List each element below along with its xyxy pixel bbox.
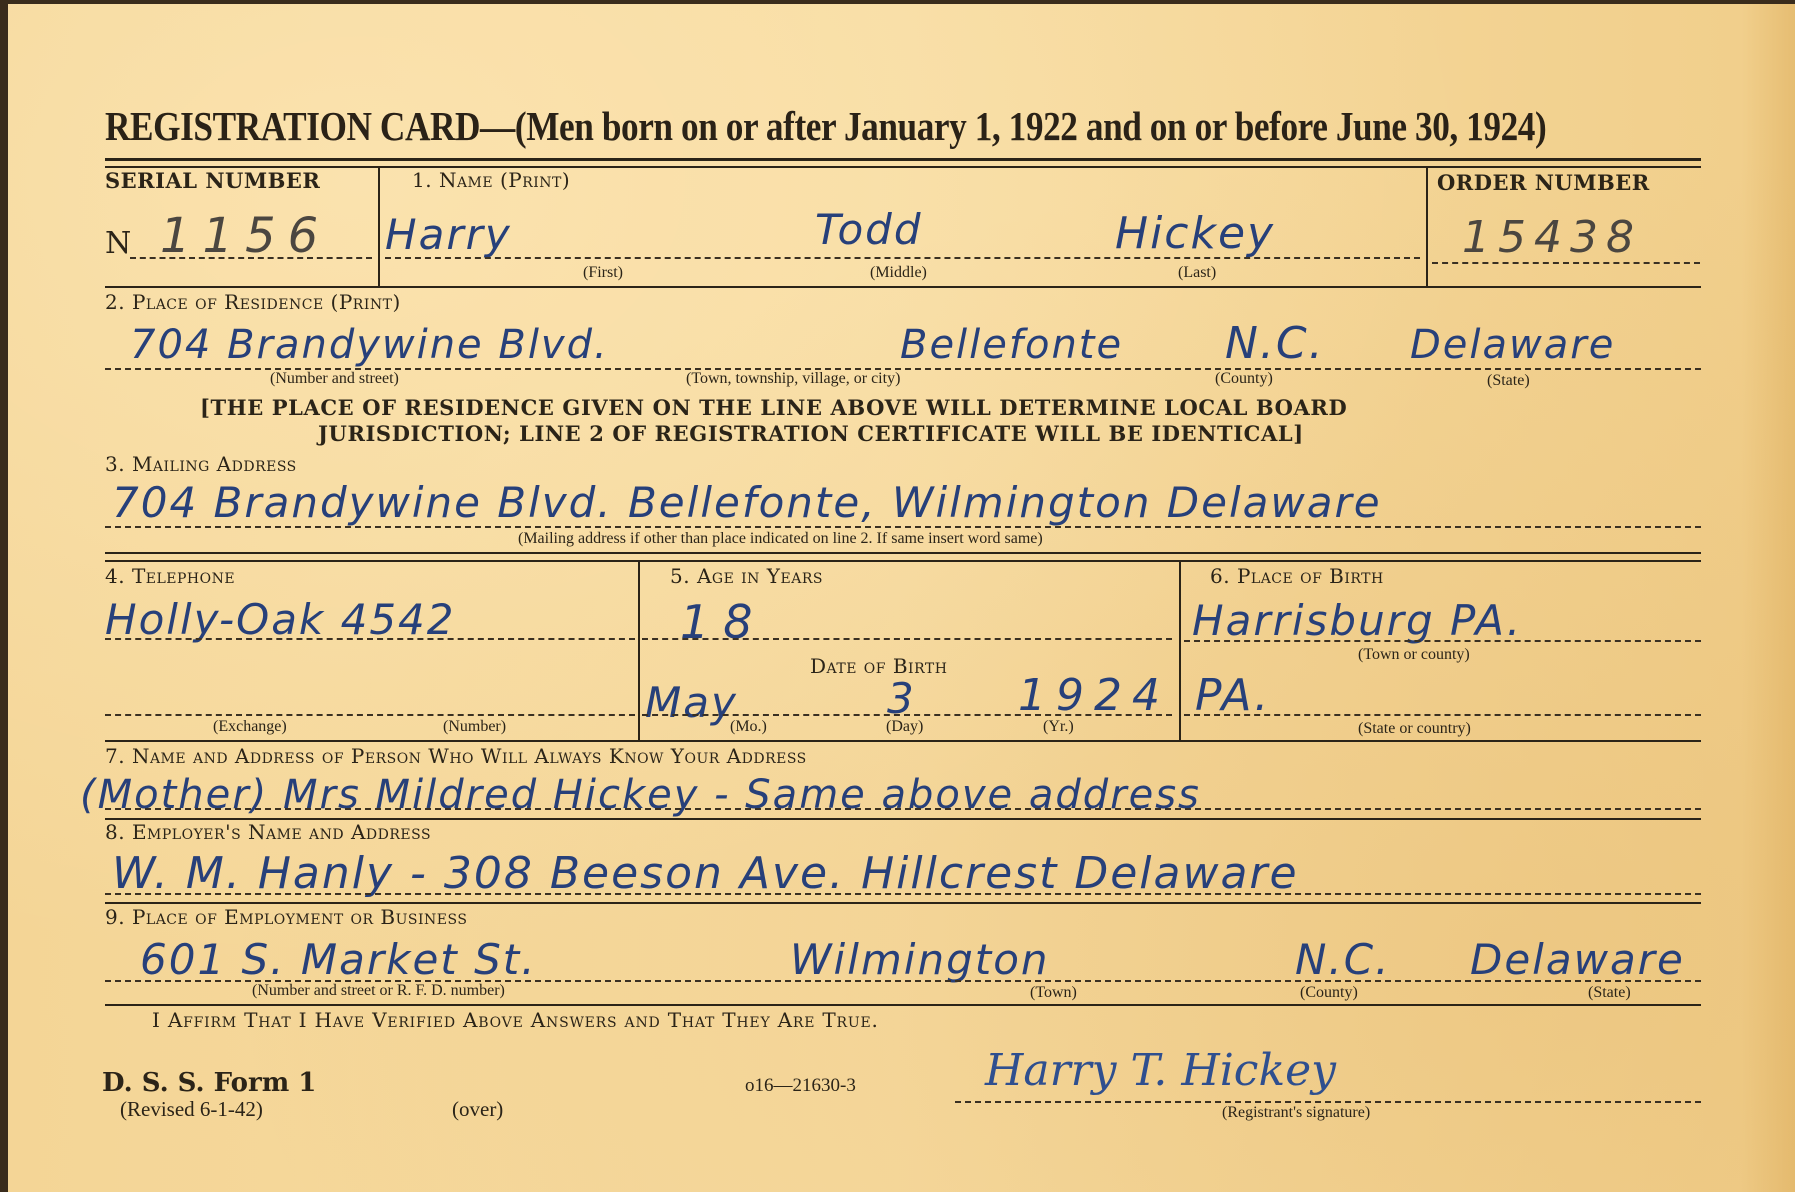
registrant-signature: Harry T. Hickey (985, 1045, 1336, 1096)
form-revised: (Revised 6-1-42) (120, 1097, 263, 1122)
employer-rule (105, 902, 1701, 904)
employment-state: Delaware (1470, 935, 1685, 984)
employment-town-sublabel: (Town) (1030, 984, 1077, 1002)
residence-street: 704 Brandywine Blvd. (130, 322, 609, 368)
birthplace-label: 6. Place of Birth (1210, 564, 1384, 588)
name-first: Harry (385, 210, 512, 259)
title-rule-top (105, 158, 1701, 161)
scan-edge-left (0, 0, 8, 1192)
dob-year-sublabel: (Yr.) (1043, 718, 1074, 736)
registration-card: REGISTRATION CARD—(Men born on or after … (0, 0, 1795, 1192)
serial-line (130, 257, 372, 259)
mailing-hint: (Mailing address if other than place ind… (518, 530, 1043, 548)
employer-value: W. M. Hanly - 308 Beeson Ave. Hillcrest … (112, 848, 1299, 899)
employment-rule (105, 1004, 1701, 1006)
dob-label: Date of Birth (810, 654, 947, 678)
telephone-exchange-sublabel: (Exchange) (213, 718, 287, 736)
telephone-label: 4. Telephone (105, 564, 235, 588)
employment-county: N.C. (1295, 935, 1390, 984)
scan-edge-top (0, 0, 1795, 4)
residence-town: Bellefonte (900, 322, 1123, 368)
mailing-value: 704 Brandywine Blvd. Bellefonte, Wilming… (112, 478, 1382, 527)
mailing-rule-top (105, 552, 1701, 554)
birthplace-town-sublabel: (Town or county) (1358, 646, 1470, 664)
birthplace-town: Harrisburg PA. (1192, 596, 1522, 645)
card-title: REGISTRATION CARD—(Men born on or after … (105, 102, 1546, 150)
telephone-value: Holly-Oak 4542 (105, 595, 456, 644)
mailing-rule-bottom (105, 560, 1701, 562)
dob-month-sublabel: (Mo.) (730, 718, 767, 736)
employment-town: Wilmington (790, 935, 1050, 984)
telephone-line-2 (105, 714, 635, 716)
order-line (1432, 262, 1700, 264)
contact-line (105, 808, 1701, 810)
dob-day-sublabel: (Day) (886, 718, 923, 736)
telephone-line-1 (105, 638, 635, 640)
residence-state: Delaware (1410, 322, 1615, 368)
age-value: 18 (680, 595, 767, 649)
birthplace-divider (1179, 562, 1181, 740)
residence-notice-line1: [THE PLACE OF RESIDENCE GIVEN ON THE LIN… (200, 395, 1347, 420)
telephone-divider (638, 562, 640, 740)
row4-bottom-rule (105, 740, 1701, 742)
form-print-code: o16—21630-3 (745, 1075, 856, 1097)
birthplace-town-line (1184, 640, 1701, 642)
residence-label: 2. Place of Residence (Print) (105, 290, 401, 314)
employer-label: 8. Employer's Name and Address (105, 820, 431, 844)
order-value: 15438 (1462, 212, 1642, 263)
mailing-line (105, 526, 1701, 528)
age-line (642, 638, 1172, 640)
name-line (385, 257, 1420, 259)
form-over: (over) (452, 1097, 503, 1122)
employment-label: 9. Place of Employment or Business (105, 905, 467, 929)
mailing-label: 3. Mailing Address (105, 452, 297, 476)
residence-county: N.C. (1225, 318, 1325, 369)
title-rule-bottom (105, 166, 1701, 168)
employment-county-sublabel: (County) (1300, 984, 1358, 1002)
serial-label: SERIAL NUMBER (105, 168, 320, 193)
contact-label: 7. Name and Address of Person Who Will A… (105, 744, 807, 768)
telephone-number-sublabel: (Number) (443, 718, 506, 736)
residence-state-sublabel: (State) (1487, 372, 1530, 390)
order-divider (1426, 166, 1428, 286)
age-label: 5. Age in Years (670, 564, 823, 588)
name-middle-sublabel: (Middle) (870, 264, 927, 282)
signature-sublabel: (Registrant's signature) (1222, 1104, 1370, 1122)
serial-value: 1156 (160, 208, 330, 264)
name-last-sublabel: (Last) (1178, 264, 1216, 282)
form-id: D. S. S. Form 1 (102, 1068, 316, 1098)
employer-line (105, 893, 1701, 895)
name-label: 1. Name (Print) (412, 168, 570, 192)
serial-divider (378, 166, 380, 286)
employment-street: 601 S. Market St. (140, 935, 537, 984)
residence-county-sublabel: (County) (1215, 370, 1273, 388)
residence-notice-line2: JURISDICTION; LINE 2 OF REGISTRATION CER… (318, 421, 1304, 446)
serial-prefix: N (105, 226, 131, 261)
name-first-sublabel: (First) (583, 264, 623, 282)
row1-bottom-rule (105, 286, 1701, 288)
birthplace-state-line (1184, 714, 1701, 716)
residence-town-sublabel: (Town, township, village, or city) (686, 370, 900, 388)
signature-line (955, 1101, 1701, 1103)
birthplace-state-sublabel: (State or country) (1358, 720, 1471, 738)
employment-street-sublabel: (Number and street or R. F. D. number) (252, 982, 505, 1000)
contact-value: (Mother) Mrs Mildred Hickey - Same above… (80, 772, 1201, 818)
dob-month: May (645, 678, 738, 727)
employment-state-sublabel: (State) (1588, 984, 1631, 1002)
name-middle: Todd (815, 205, 922, 254)
residence-street-sublabel: (Number and street) (270, 370, 399, 388)
order-label: ORDER NUMBER (1437, 170, 1650, 195)
affirmation-text: I Affirm That I Have Verified Above Answ… (152, 1008, 879, 1032)
name-last: Hickey (1115, 208, 1275, 259)
dob-line (642, 714, 1172, 716)
